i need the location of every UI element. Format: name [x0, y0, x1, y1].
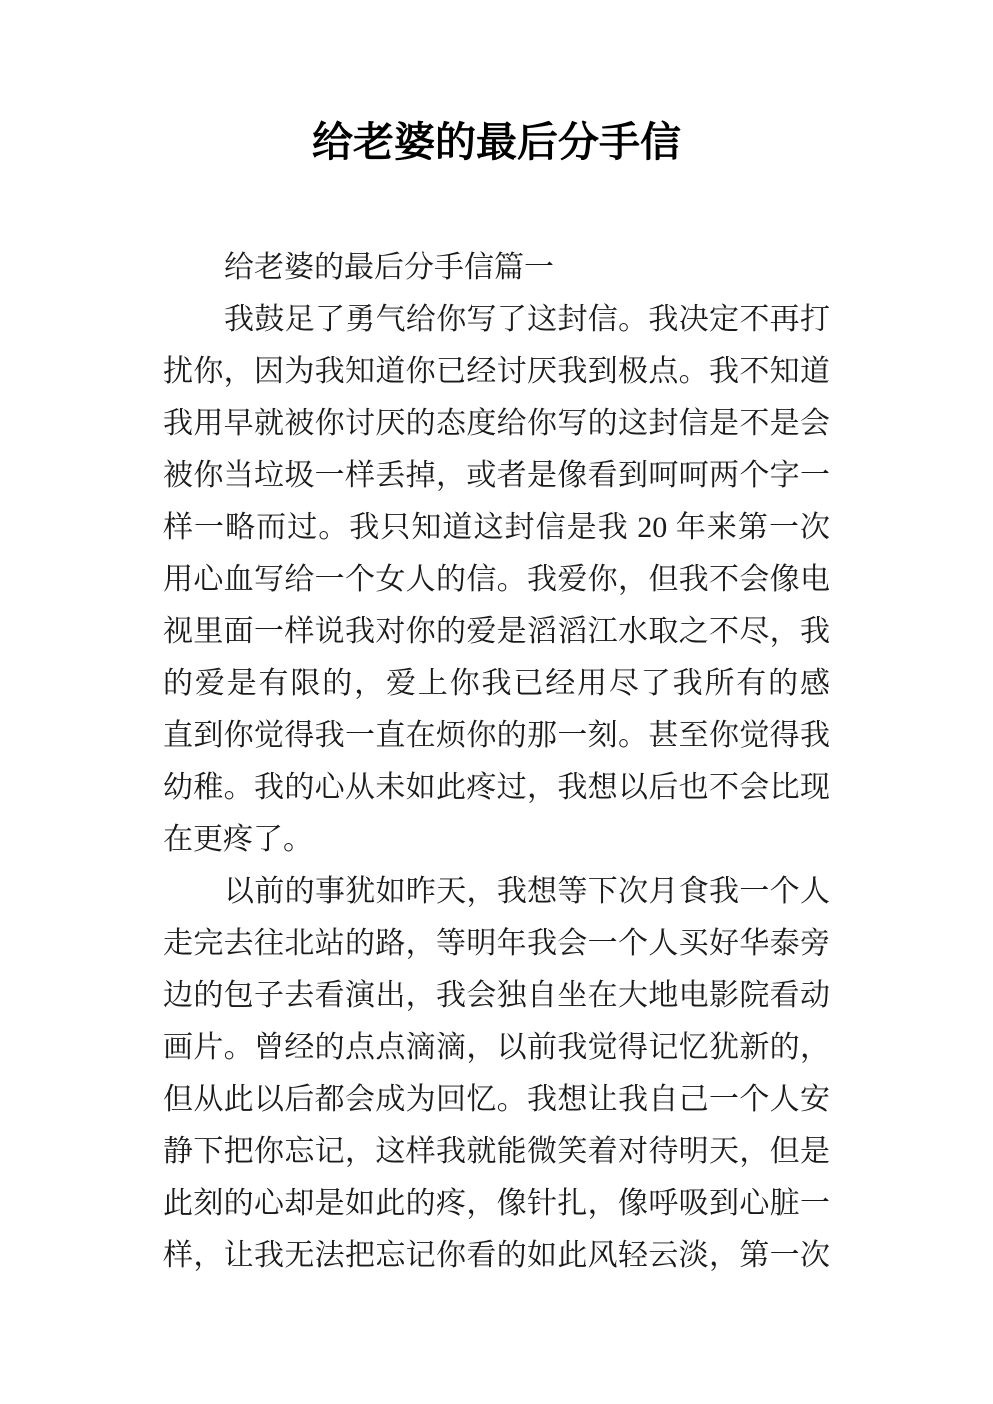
- text-line: 我鼓足了勇气给你写了这封信。我决定不再打: [163, 294, 830, 346]
- text-line: 样，让我无法把忘记你看的如此风轻云淡，第一次: [163, 1230, 830, 1282]
- text-line: 此刻的心却是如此的疼，像针扎，像呼吸到心脏一: [163, 1178, 830, 1230]
- paragraphs-container: 我鼓足了勇气给你写了这封信。我决定不再打扰你，因为我知道你已经讨厌我到极点。我不…: [163, 294, 830, 1282]
- text-line: 的爱是有限的，爱上你我已经用尽了我所有的感情，: [163, 658, 830, 710]
- text-line: 边的包子去看演出，我会独自坐在大地电影院看动: [163, 970, 830, 1022]
- text-line: 视里面一样说我对你的爱是滔滔江水取之不尽，我: [163, 606, 830, 658]
- section-heading: 给老婆的最后分手信篇一: [163, 242, 830, 294]
- text-line: 幼稚。我的心从未如此疼过，我想以后也不会比现: [163, 762, 830, 814]
- document-body: 给老婆的最后分手信篇一 我鼓足了勇气给你写了这封信。我决定不再打扰你，因为我知道…: [163, 242, 830, 1282]
- text-line: 直到你觉得我一直在烦你的那一刻。甚至你觉得我: [163, 710, 830, 762]
- text-line: 我用早就被你讨厌的态度给你写的这封信是不是会: [163, 398, 830, 450]
- text-line: 用心血写给一个女人的信。我爱你，但我不会像电: [163, 554, 830, 606]
- text-line: 被你当垃圾一样丢掉，或者是像看到呵呵两个字一: [163, 450, 830, 502]
- document-page: 给老婆的最后分手信 给老婆的最后分手信篇一 我鼓足了勇气给你写了这封信。我决定不…: [0, 0, 993, 1404]
- text-line: 静下把你忘记，这样我就能微笑着对待明天，但是: [163, 1126, 830, 1178]
- text-line: 走完去往北站的路，等明年我会一个人买好华泰旁: [163, 918, 830, 970]
- text-line: 以前的事犹如昨天，我想等下次月食我一个人: [163, 866, 830, 918]
- text-line: 样一略而过。我只知道这封信是我 20 年来第一次: [163, 502, 830, 554]
- document-title: 给老婆的最后分手信: [0, 0, 993, 166]
- text-line: 但从此以后都会成为回忆。我想让我自己一个人安: [163, 1074, 830, 1126]
- text-line: 画片。曾经的点点滴滴，以前我觉得记忆犹新的，: [163, 1022, 830, 1074]
- text-line: 在更疼了。: [163, 814, 830, 866]
- text-line: 扰你，因为我知道你已经讨厌我到极点。我不知道: [163, 346, 830, 398]
